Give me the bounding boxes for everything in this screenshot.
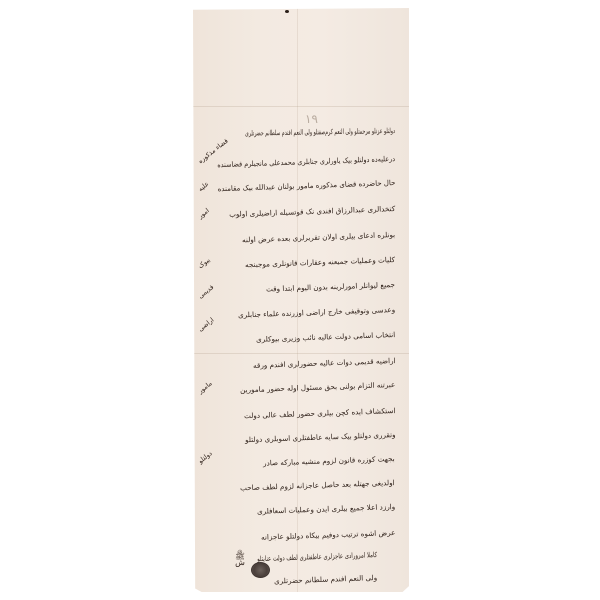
manuscript-line: دولتلو عزتلو مرحمتلو ولی النعم کرم‌صفتلو… [245, 126, 395, 138]
manuscript-line: ولی النعم افندم سلطانم حضرتلری [274, 573, 377, 586]
manuscript-line: وارزد اعلا جمیع بیلری ایدن وعملیات اسعاف… [257, 502, 395, 516]
manuscript-line: درعلیه‌ده دولتلو بیک یاورلری جنابلری محم… [217, 154, 395, 169]
manuscript-line: بونلره ادعای بیلری اولان تقریرلری بعده ع… [242, 230, 395, 244]
manuscript-line: کاملا امرورادی عاجزلری عاطفتلری لطف دولت… [257, 550, 377, 563]
manuscript-line: حال حاضرده قضای مذکوره مامور بولنان عبدا… [217, 178, 395, 193]
margin-note: بیوک [197, 256, 212, 270]
seal-icon [251, 562, 270, 578]
manuscript-line: بجهت کوزره قانون لزوم منشیه مبارکه صادر [263, 454, 395, 468]
margin-note: قدیمی [197, 283, 216, 300]
margin-note: مامور [197, 379, 214, 395]
ink-dot [285, 10, 289, 13]
manuscript-line: کلیات وعملیات جمیعنه وعقارات قانونلری مو… [245, 255, 395, 269]
manuscript-line: وعدسی وتوقیفی خارج اراضی اوزرنده علماء ج… [238, 305, 395, 319]
margin-note: دولتلو [197, 449, 214, 465]
margin-note: اراضی [197, 316, 216, 333]
folio-number: ۱۹ [305, 112, 318, 126]
margin-note: علیه [197, 180, 211, 193]
manuscript-line: استکشاف ایده کچن بیلری حضور لطف عالی دول… [244, 406, 396, 420]
manuscript-line: کتخدالری عبدالرزاق افندی نک قوتسیله اراض… [229, 204, 395, 219]
manuscript-line: انتخاب اسامی دولت عالیه نائب وزیری بیوکل… [256, 330, 395, 344]
fold-line [193, 353, 409, 354]
signature-icon: ۞ﷺش [233, 548, 247, 586]
margin-note: امور [197, 207, 211, 221]
manuscript-line: وتقرری دولتلو بیک سایه عاطفتلری اسوبلری … [244, 430, 395, 444]
manuscript-line: جمیع لیوانلر امورلرینه بدون الیوم ابتدا … [266, 280, 395, 293]
manuscript-line: عبرتنه التزام بولنی بحق مسئول اوله حضور … [240, 380, 395, 394]
manuscript-page: ۱۹ دولتلو عزتلو مرحمتلو ولی النعم کرم‌صف… [193, 8, 409, 592]
manuscript-line: عرض اشوه ترتیب دوفیم بیکاه دولتلو عاجزان… [261, 528, 396, 542]
manuscript-line: اولدیغی جهتله بعد حاصل عاجزانه لزوم لطف … [240, 478, 395, 492]
fold-line [193, 106, 409, 107]
manuscript-line: اراضیه قدیمی دوات عالیه حضورلری افندم ور… [252, 356, 395, 370]
